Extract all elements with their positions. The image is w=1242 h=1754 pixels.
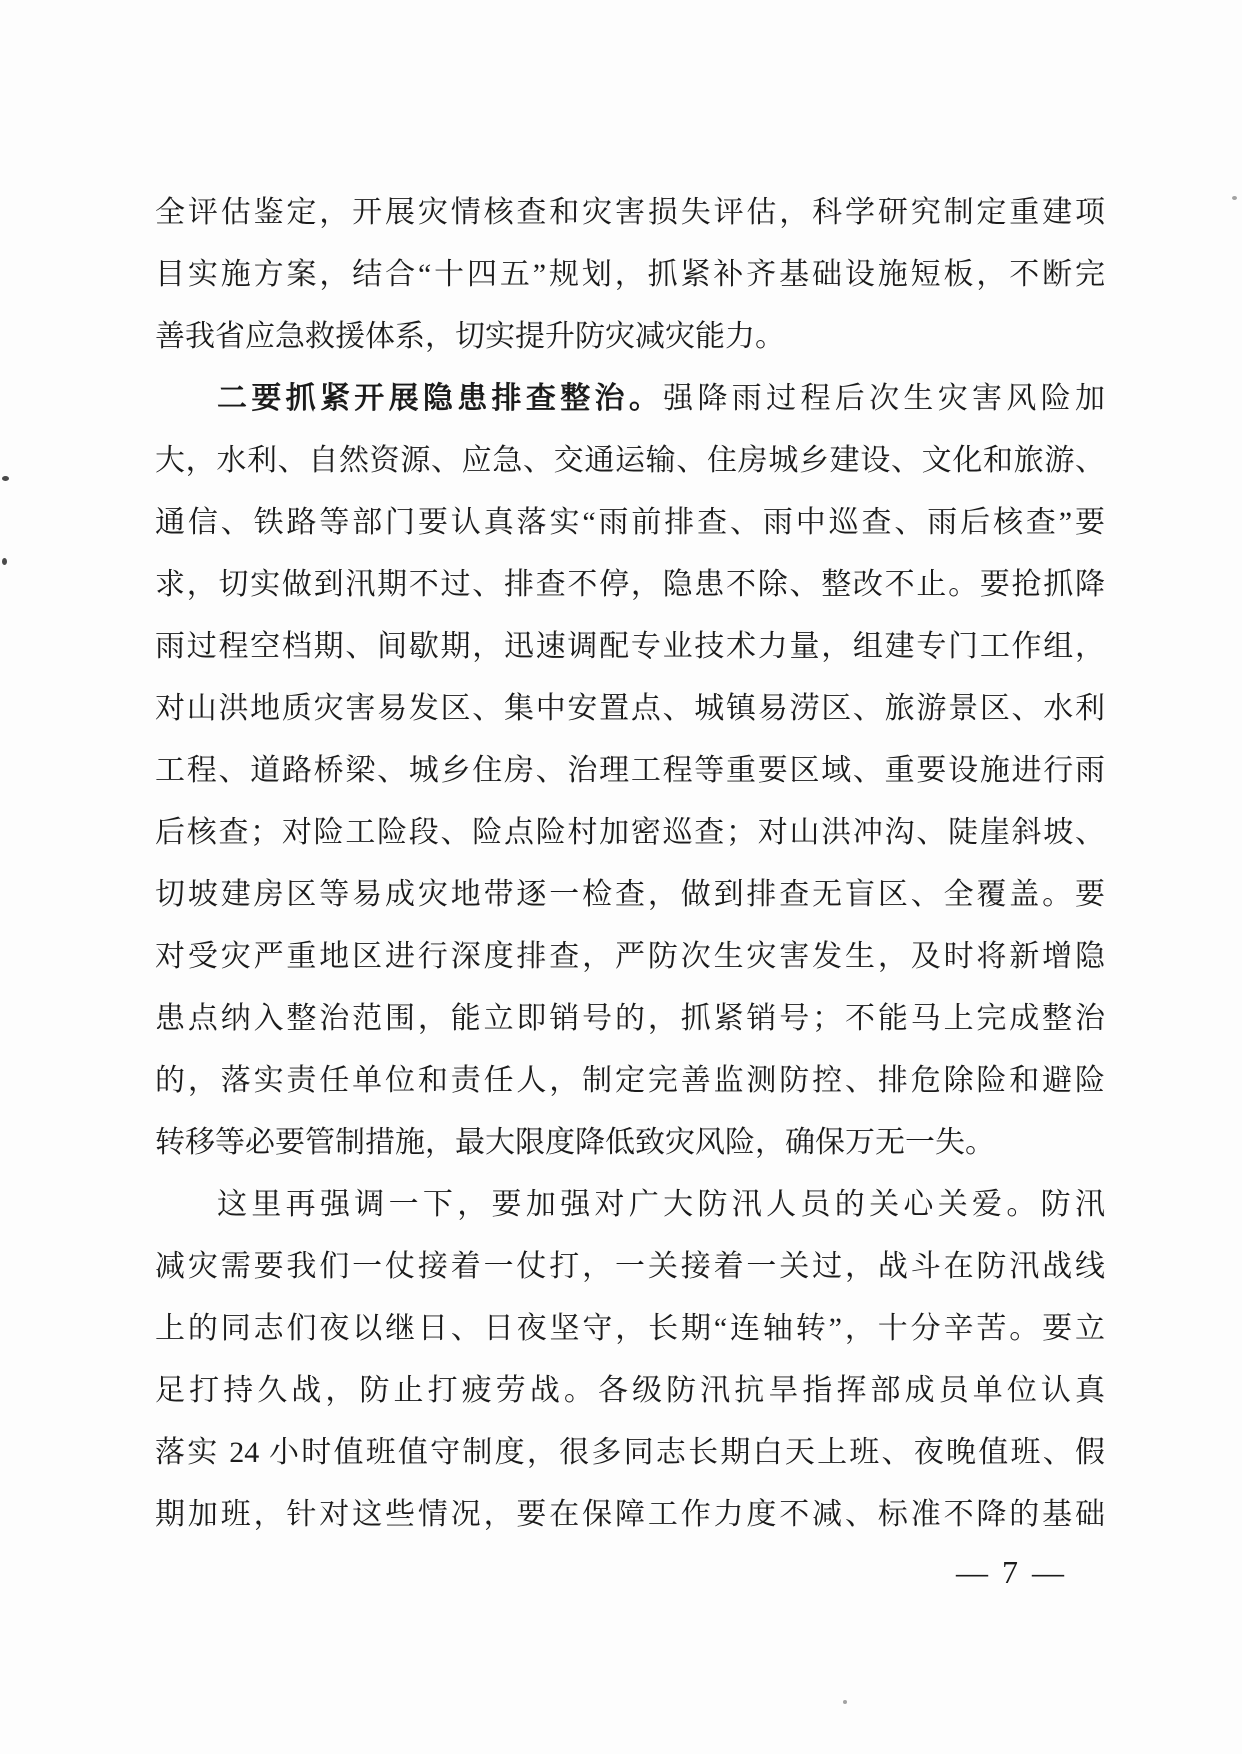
text-line: 的，落实责任单位和责任人，制定完善监测防控、排危除险和避险 (155, 1050, 1105, 1112)
scan-speck (2, 476, 9, 481)
text-block: 全评估鉴定，开展灾情核查和灾害损失评估，科学研究制定重建项 目实施方案，结合“十… (155, 182, 1105, 1546)
page-number: — 7 — (956, 1552, 1067, 1592)
text-line: 上的同志们夜以继日、日夜坚守，长期“连轴转”，十分辛苦。要立 (155, 1298, 1105, 1360)
text-line: 减灾需要我们一仗接着一仗打，一关接着一关过，战斗在防汛战线 (155, 1236, 1105, 1298)
text-line: 雨过程空档期、间歇期，迅速调配专业技术力量，组建专门工作组， (155, 616, 1105, 678)
text-line: 期加班，针对这些情况，要在保障工作力度不减、标准不降的基础 (155, 1484, 1105, 1546)
text-line: 大，水利、自然资源、应急、交通运输、住房城乡建设、文化和旅游、 (155, 430, 1105, 492)
paragraph-heading: 二要抓紧开展隐患排查整治。 (217, 382, 663, 415)
text-line: 对山洪地质灾害易发区、集中安置点、城镇易涝区、旅游景区、水利 (155, 678, 1105, 740)
text-line: 足打持久战，防止打疲劳战。各级防汛抗旱指挥部成员单位认真 (155, 1360, 1105, 1422)
text-line: 通信、铁路等部门要认真落实“雨前排查、雨中巡查、雨后核查”要 (155, 492, 1105, 554)
scan-speck (843, 1700, 847, 1704)
text-line: 落实 24 小时值班值守制度，很多同志长期白天上班、夜晚值班、假 (155, 1422, 1105, 1484)
scan-speck (1232, 196, 1237, 200)
text-line-continuation: 强降雨过程后次生灾害风险加 (663, 382, 1105, 415)
text-line: 目实施方案，结合“十四五”规划，抓紧补齐基础设施短板，不断完 (155, 244, 1105, 306)
scanned-document-page: 全评估鉴定，开展灾情核查和灾害损失评估，科学研究制定重建项 目实施方案，结合“十… (0, 0, 1242, 1754)
text-line: 求，切实做到汛期不过、排查不停，隐患不除、整改不止。要抢抓降 (155, 554, 1105, 616)
text-line: 善我省应急救援体系，切实提升防灾减灾能力。 (155, 306, 1105, 368)
scan-speck (2, 558, 7, 565)
text-line: 工程、道路桥梁、城乡住房、治理工程等重要区域、重要设施进行雨 (155, 740, 1105, 802)
text-line: 患点纳入整治范围，能立即销号的，抓紧销号；不能马上完成整治 (155, 988, 1105, 1050)
text-line: 这里再强调一下，要加强对广大防汛人员的关心关爱。防汛 (155, 1174, 1105, 1236)
text-line: 对受灾严重地区进行深度排查，严防次生灾害发生，及时将新增隐 (155, 926, 1105, 988)
text-line: 全评估鉴定，开展灾情核查和灾害损失评估，科学研究制定重建项 (155, 182, 1105, 244)
text-line: 二要抓紧开展隐患排查整治。强降雨过程后次生灾害风险加 (155, 368, 1105, 430)
text-line: 切坡建房区等易成灾地带逐一检查，做到排查无盲区、全覆盖。要 (155, 864, 1105, 926)
text-line: 转移等必要管制措施，最大限度降低致灾风险，确保万无一失。 (155, 1112, 1105, 1174)
text-line: 后核查；对险工险段、险点险村加密巡查；对山洪冲沟、陡崖斜坡、 (155, 802, 1105, 864)
